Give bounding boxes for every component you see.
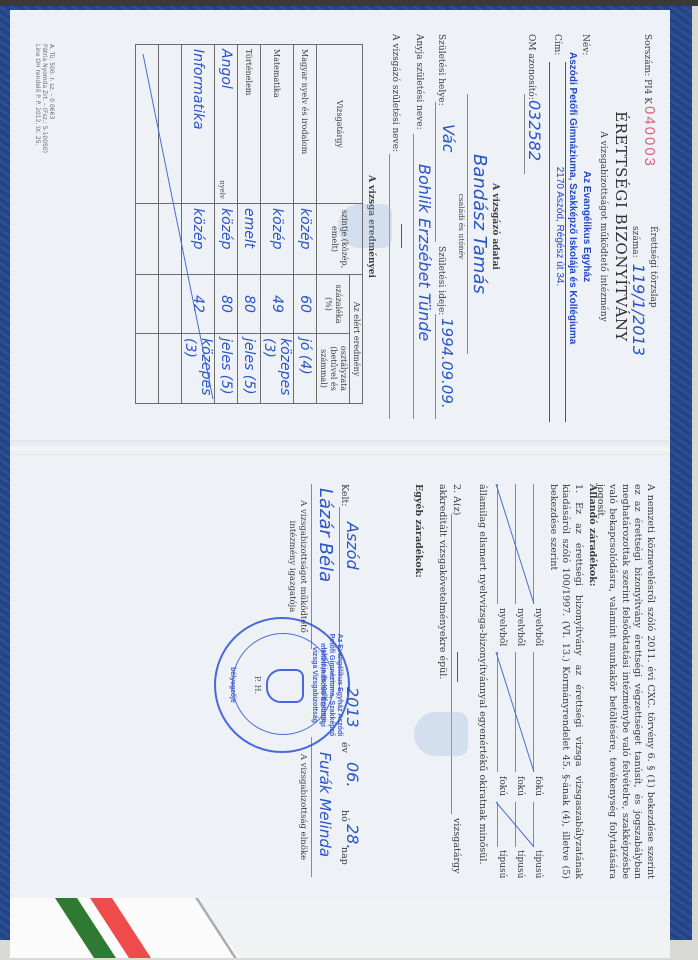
- table-row: [159, 45, 182, 404]
- col-level: szintje (közép, emelt): [317, 204, 363, 275]
- clause-2-prefix: 2. A(z): [451, 484, 462, 515]
- cell-subject: Történelem: [238, 45, 261, 204]
- cell-grade: közepes (3): [182, 334, 215, 404]
- printer-note-line: Line OH rendelő P. P. 2012. IX. 25.: [34, 44, 41, 153]
- birth-name-underline: [389, 154, 390, 419]
- cell-level: [159, 204, 182, 275]
- clause-1-end: államilag elismert nyelvvizsga-bizonyítv…: [476, 484, 489, 879]
- printer-note: A. Tü. 500. r. sz. – 0 0663 Pátria Nyomd…: [34, 44, 55, 153]
- cell-subject: Angolnyelv: [215, 45, 238, 204]
- serial-value: 040003: [641, 106, 658, 168]
- col-achieved: Az elért eredmény: [350, 275, 363, 404]
- clause-2-end: akkreditált vizsgakövetelményekre épül.: [436, 484, 449, 879]
- col-percent: százaléka (%): [317, 275, 350, 334]
- cell-level: [136, 204, 159, 275]
- place-label: Kelt:: [339, 484, 350, 507]
- crest-icon: [266, 669, 304, 703]
- serial-number: Sorszám: PI4 K040003: [641, 34, 658, 168]
- clause-1: 1. Ez az érettségi bizonyítvány az érett…: [547, 484, 585, 879]
- month-value: 06.: [343, 762, 362, 787]
- cell-subject: Matematika: [261, 45, 294, 204]
- om-value: 032582: [525, 100, 544, 161]
- cell-grade: [136, 334, 159, 404]
- mother-name-underline: [413, 134, 414, 419]
- official-stamp: Az Evangélikus Egyház Aszódi Petőfi Gimn…: [214, 617, 350, 753]
- stamp-ph: P. H.: [253, 619, 262, 751]
- strike-through-mark: [494, 484, 544, 879]
- cell-subject: Magyar nyelv és irodalom: [294, 45, 317, 204]
- stamp-inner-text: mellett működő Érettségi vizsga Vizsgabi…: [310, 619, 326, 751]
- cell-percent: 60: [294, 275, 317, 334]
- table-row: Történelememelt80jeles (5): [238, 45, 261, 404]
- cell-percent: [136, 275, 159, 334]
- mother-name-label: Anyja születési neve:: [414, 34, 424, 130]
- cell-percent: [159, 275, 182, 334]
- institution-address: 2170 Aszód, Régész út 34.: [554, 14, 565, 439]
- other-clauses-heading: Egyéb záradékok:: [412, 484, 425, 879]
- cell-grade: [159, 334, 182, 404]
- chair-caption: A vizsgabizottság elnöke: [297, 752, 308, 862]
- om-underline: [524, 94, 525, 174]
- cell-subject: [159, 45, 182, 204]
- language-suffix: nyelv: [218, 180, 226, 199]
- stamp-bottom-text: bélyegzője: [229, 619, 236, 751]
- col-grade: osztályzata (betűvel és számmal): [317, 334, 350, 404]
- register-value: 119/1/2013: [629, 264, 648, 356]
- clause-2-dash: [457, 652, 458, 682]
- col-subject: Vizsgatárgy: [317, 45, 363, 204]
- register-number: Érettségi törzslap száma:119/1/2013: [629, 226, 658, 439]
- chair-signature-line: [311, 737, 312, 877]
- day-label: nap: [339, 847, 350, 865]
- cell-level: emelt: [238, 204, 261, 275]
- cell-percent: 80: [215, 275, 238, 334]
- address-underline: [549, 62, 550, 422]
- cell-subject: [136, 45, 159, 204]
- director-signature: Lázár Béla: [315, 488, 336, 582]
- printer-note-line: A. Tü. 500. r. sz. – 0 0663: [48, 44, 55, 153]
- operator-heading: A vizsgabizottságot működtető intézmény: [598, 14, 608, 439]
- birthplace-label: Születési helye:: [436, 34, 446, 106]
- place-value: Aszód: [343, 522, 362, 570]
- chair-signature: Furák Melinda: [316, 752, 334, 857]
- legal-intro: A nemzeti köznevelésről szóló 2011. évi …: [594, 484, 657, 879]
- cell-level: közép: [215, 204, 238, 275]
- institution-name-line2: Aszódi Petőfi Gimnáziuma, Szakképző Isko…: [567, 52, 578, 344]
- institution-name-line1: Az Evangélikus Egyház: [581, 14, 592, 439]
- table-row: Matematikaközép49közepes (3): [261, 45, 294, 404]
- birthdate-label: Születési ideje:: [436, 246, 446, 315]
- candidate-heading: A vizsgázó adatai: [490, 14, 500, 439]
- month-label: hó: [339, 810, 350, 822]
- strike-lines: [494, 484, 544, 879]
- coat-of-arms-watermark: [414, 712, 468, 756]
- mother-name-value: Bohlik Erzsébet Tünde: [415, 164, 434, 341]
- birth-name-dash: [401, 224, 402, 248]
- flag-ribbon: [10, 898, 670, 958]
- cell-grade: jeles (5): [215, 334, 238, 404]
- results-table: Vizsgatárgy szintje (közép, emelt) Az el…: [135, 44, 363, 404]
- cell-grade: jó (4): [294, 334, 317, 404]
- birth-name-label: A vizsgázó születési neve:: [390, 34, 400, 152]
- back-page: A nemzeti köznevelésről szóló 2011. évi …: [18, 462, 668, 892]
- table-row: [136, 45, 159, 404]
- cell-percent: 42: [182, 275, 215, 334]
- cell-subject: Informatika: [182, 45, 215, 204]
- document-title: ÉRETTSÉGI BIZONYÍTVÁNY: [612, 14, 630, 439]
- front-page: Sorszám: PI4 K040003 Érettségi törzslap …: [18, 14, 668, 439]
- candidate-name-caption: családi és utónév: [457, 14, 466, 439]
- cell-percent: 49: [261, 275, 294, 334]
- printer-note-line: Pátria Nyomda Zrt. – (Fsz.: 5-10050): [41, 44, 48, 153]
- clause-2-underline: [451, 514, 452, 814]
- subject-name: Angol: [218, 49, 234, 89]
- birthplace-underline: [435, 102, 436, 242]
- serial-label: Sorszám: PI4 K: [642, 34, 652, 104]
- cell-percent: 80: [238, 275, 261, 334]
- birthplace-value: Vác: [439, 124, 458, 153]
- table-row: Informatikaközép42közepes (3): [182, 45, 215, 404]
- cell-level: közép: [261, 204, 294, 275]
- table-row: Angolnyelvközép80jeles (5): [215, 45, 238, 404]
- cell-level: közép: [182, 204, 215, 275]
- cell-level: közép: [294, 204, 317, 275]
- clause-2-suffix: vizsgatárgy: [451, 818, 462, 874]
- cell-grade: jeles (5): [238, 334, 261, 404]
- permanent-clauses-heading: Állandó záradékok:: [586, 484, 599, 879]
- om-label: OM azonosító:: [526, 34, 536, 100]
- candidate-name-underline: [467, 94, 468, 354]
- scanner-edge: [0, 0, 698, 6]
- birthdate-value: 1994.09.09.: [438, 318, 456, 409]
- day-value: 28.: [343, 824, 362, 849]
- cell-grade: közepes (3): [261, 334, 294, 404]
- candidate-name: Bandász Tamás: [469, 154, 490, 294]
- name-underline: [565, 62, 566, 422]
- birthdate-underline: [435, 314, 436, 419]
- table-row: Magyar nyelv és irodalomközép60jó (4): [294, 45, 317, 404]
